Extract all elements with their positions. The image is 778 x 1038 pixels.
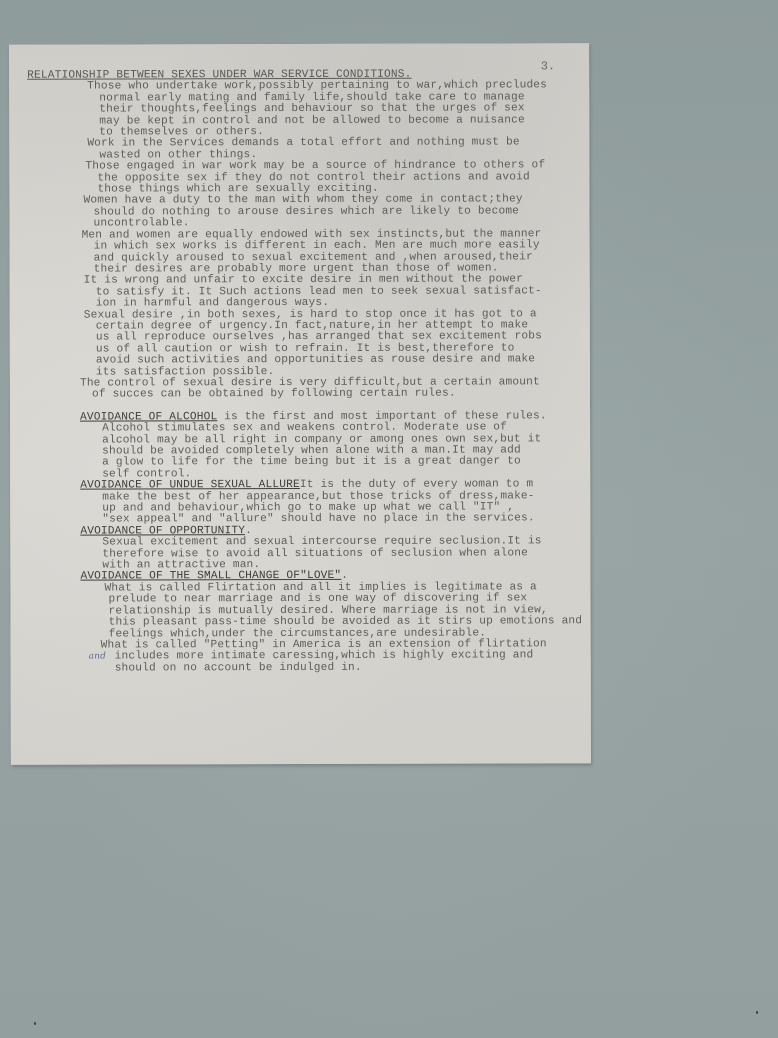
paragraph: Women have a duty to the man with whom t… [27,195,583,231]
paragraph: The control of sexual desire is very dif… [28,377,584,401]
paragraph: Men and women are equally endowed with s… [28,229,584,276]
paragraph: It is wrong and unfair to excite desire … [28,275,584,311]
typewritten-page: 3. RELATIONSHIP BETWEEN SEXES UNDER WAR … [9,43,591,765]
rule-heading: AVOIDANCE OF UNDUE SEXUAL ALLURE [80,479,300,492]
text-line: avoid such activities and opportunities … [84,354,584,367]
rule-opportunity: AVOIDANCE OF OPPORTUNITY. Sexual excitem… [28,525,584,572]
rule-alcohol: AVOIDANCE OF ALCOHOL is the first and mo… [28,411,584,481]
paragraph: Those who undertake work,possibly pertai… [27,81,583,139]
handwritten-annotation: and [89,652,106,663]
rule-small-change-of-love: AVOIDANCE OF THE SMALL CHANGE OF"LOVE". … [28,571,584,675]
paragraph: Work in the Services demands a total eff… [27,138,583,162]
dust-speck [34,1022,36,1025]
paragraph: Sexual desire ,in both sexes, is hard to… [28,309,584,379]
rule-lead: . [341,570,348,582]
page-body: RELATIONSHIP BETWEEN SEXES UNDER WAR SER… [27,69,585,675]
rule-lead: . [245,525,252,537]
rule-lead: It is the duty of every woman to m [300,479,533,492]
dust-speck [756,1011,758,1014]
paragraph: Those engaged in war work may be a sourc… [27,161,583,197]
sub-paragraph: What is called "Petting" in America is a… [81,639,585,675]
text-line: should on no account be indulged in. [101,662,585,675]
rule-sexual-allure: AVOIDANCE OF UNDUE SEXUAL ALLUREIt is th… [28,479,584,526]
